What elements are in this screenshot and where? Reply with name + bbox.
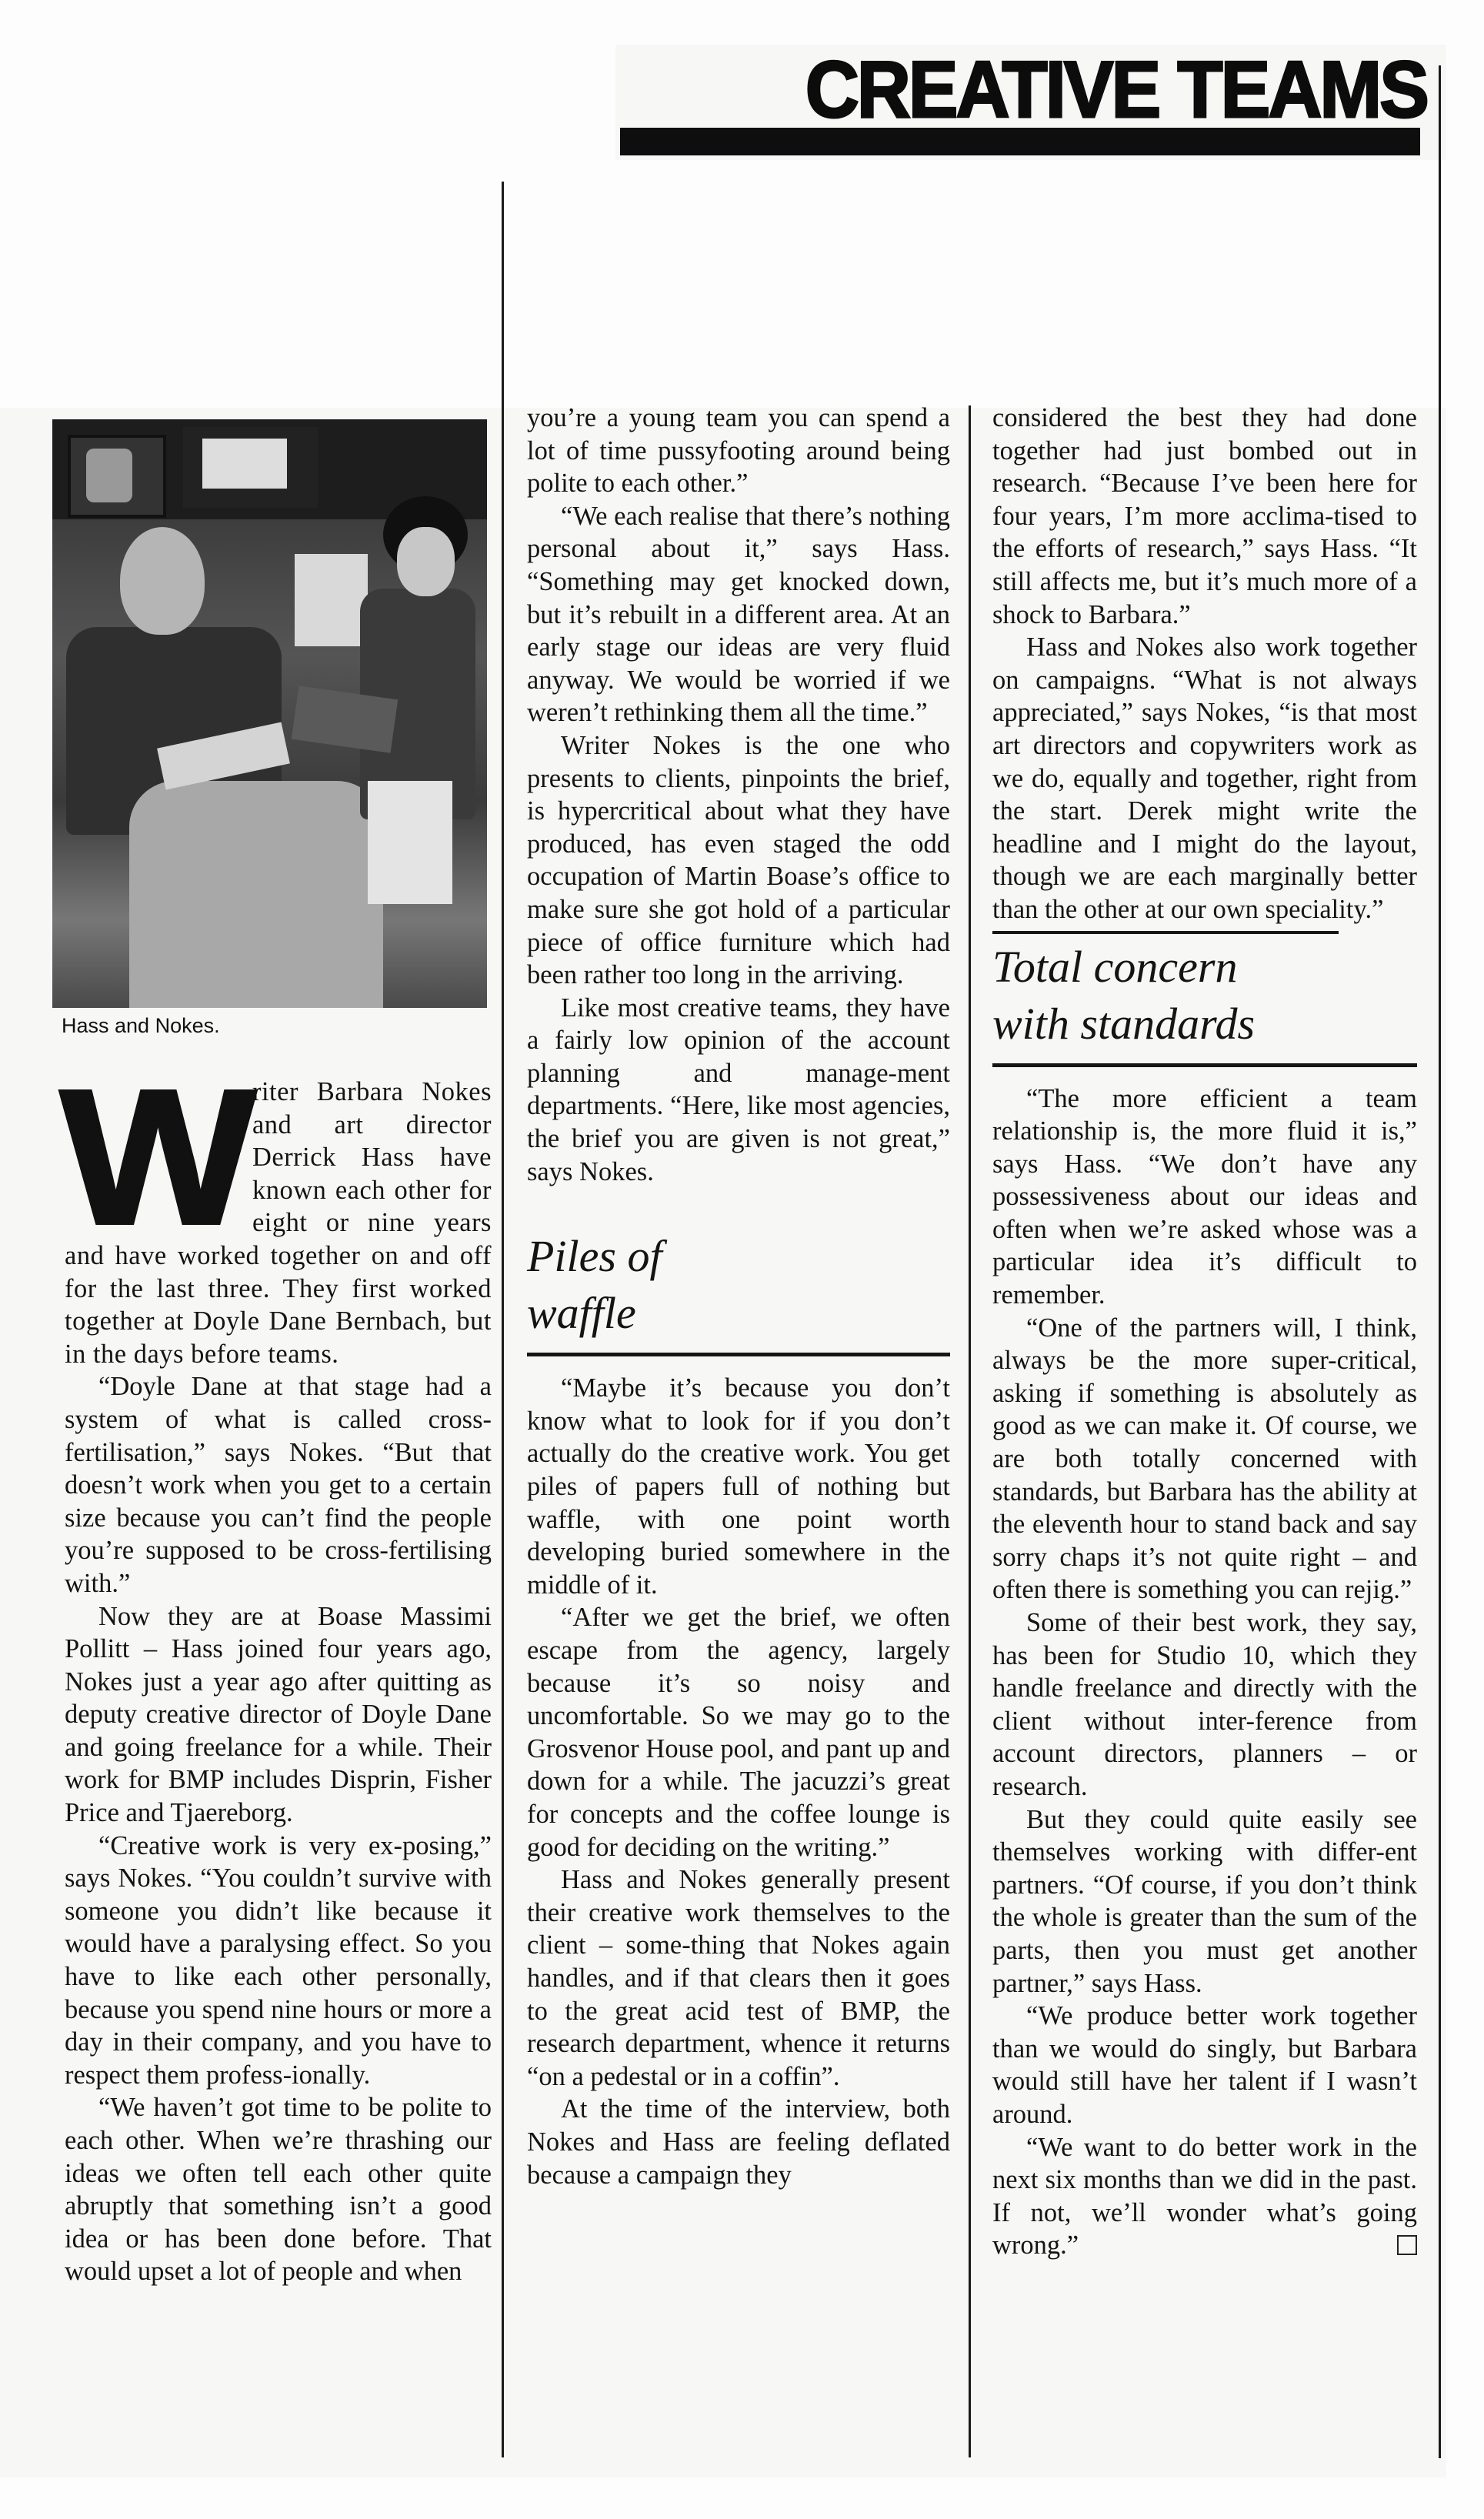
subheading-rule [992,1063,1417,1067]
page-title: CREATIVE TEAMS [772,48,1427,132]
subheading-total-concern: Total concern with standards [992,939,1417,1053]
paragraph: “The more efficient a team relationship … [992,1083,1417,1312]
right-border-rule [1439,65,1441,2458]
column-rule-1 [502,182,504,2457]
column-rule-2 [969,405,971,2457]
header-rule [620,128,1420,155]
paragraph: At the time of the interview, both Nokes… [527,2093,950,2191]
paragraph-final: “We want to do better work in the next s… [992,2131,1417,2262]
photo-woman-face [397,527,455,596]
paragraph: “We each realise that there’s nothing pe… [527,500,950,729]
subheading-rule [527,1353,950,1356]
article-column-3: considered the best they had done togeth… [992,402,1417,2262]
paragraph: “We produce better work together than we… [992,2000,1417,2130]
article-column-2: you’re a young team you can spend a lot … [527,402,950,2191]
paragraph: But they could quite easily see themselv… [992,1803,1417,2000]
section-rule [992,931,1339,934]
paragraph: you’re a young team you can spend a lot … [527,402,950,500]
paragraph: considered the best they had done togeth… [992,402,1417,631]
paragraph: “Maybe it’s because you don’t know what … [527,1372,950,1601]
paragraph: Now they are at Boase Massimi Pollitt – … [65,1600,492,1830]
paragraph: Writer Nokes is the one who presents to … [527,729,950,992]
photo-man-head [120,527,205,635]
paragraph: Like most creative teams, they have a fa… [527,992,950,1189]
paragraph: Hass and Nokes generally present their c… [527,1863,950,2093]
paragraph: “Creative work is very ex-posing,” says … [65,1830,492,2092]
drop-cap: W [60,1080,256,1234]
paragraph: “Doyle Dane at that stage had a system o… [65,1370,492,1600]
portrait-photo [52,419,487,1008]
end-of-article-square-icon [1397,2235,1417,2255]
paragraph: “After we get the brief, we often escape… [527,1601,950,1863]
photo-tv-monitor [68,435,166,518]
article-column-1: W riter Barbara Nokes and art director D… [65,1076,492,2288]
subheading-line: with standards [992,996,1417,1053]
paragraph: “One of the partners will, I think, alwa… [992,1312,1417,1606]
subheading-piles-of-waffle: Piles of waffle [527,1228,950,1342]
paragraph: Some of their best work, they say, has b… [992,1606,1417,1803]
final-paragraph-text: “We want to do better work in the next s… [992,2133,1417,2260]
subheading-line: Total concern [992,939,1417,996]
photo-woman-skirt [368,781,452,904]
photo-pinned-paper [295,554,368,646]
paragraph: Hass and Nokes also work together on cam… [992,631,1417,926]
subheading-line: waffle [527,1285,950,1342]
photo-tv-monitor [183,427,318,508]
subheading-line: Piles of [527,1228,950,1285]
photo-man-legs [129,781,383,1008]
photo-caption: Hass and Nokes. [62,1014,220,1038]
paragraph: “We haven’t got time to be polite to eac… [65,2091,492,2288]
